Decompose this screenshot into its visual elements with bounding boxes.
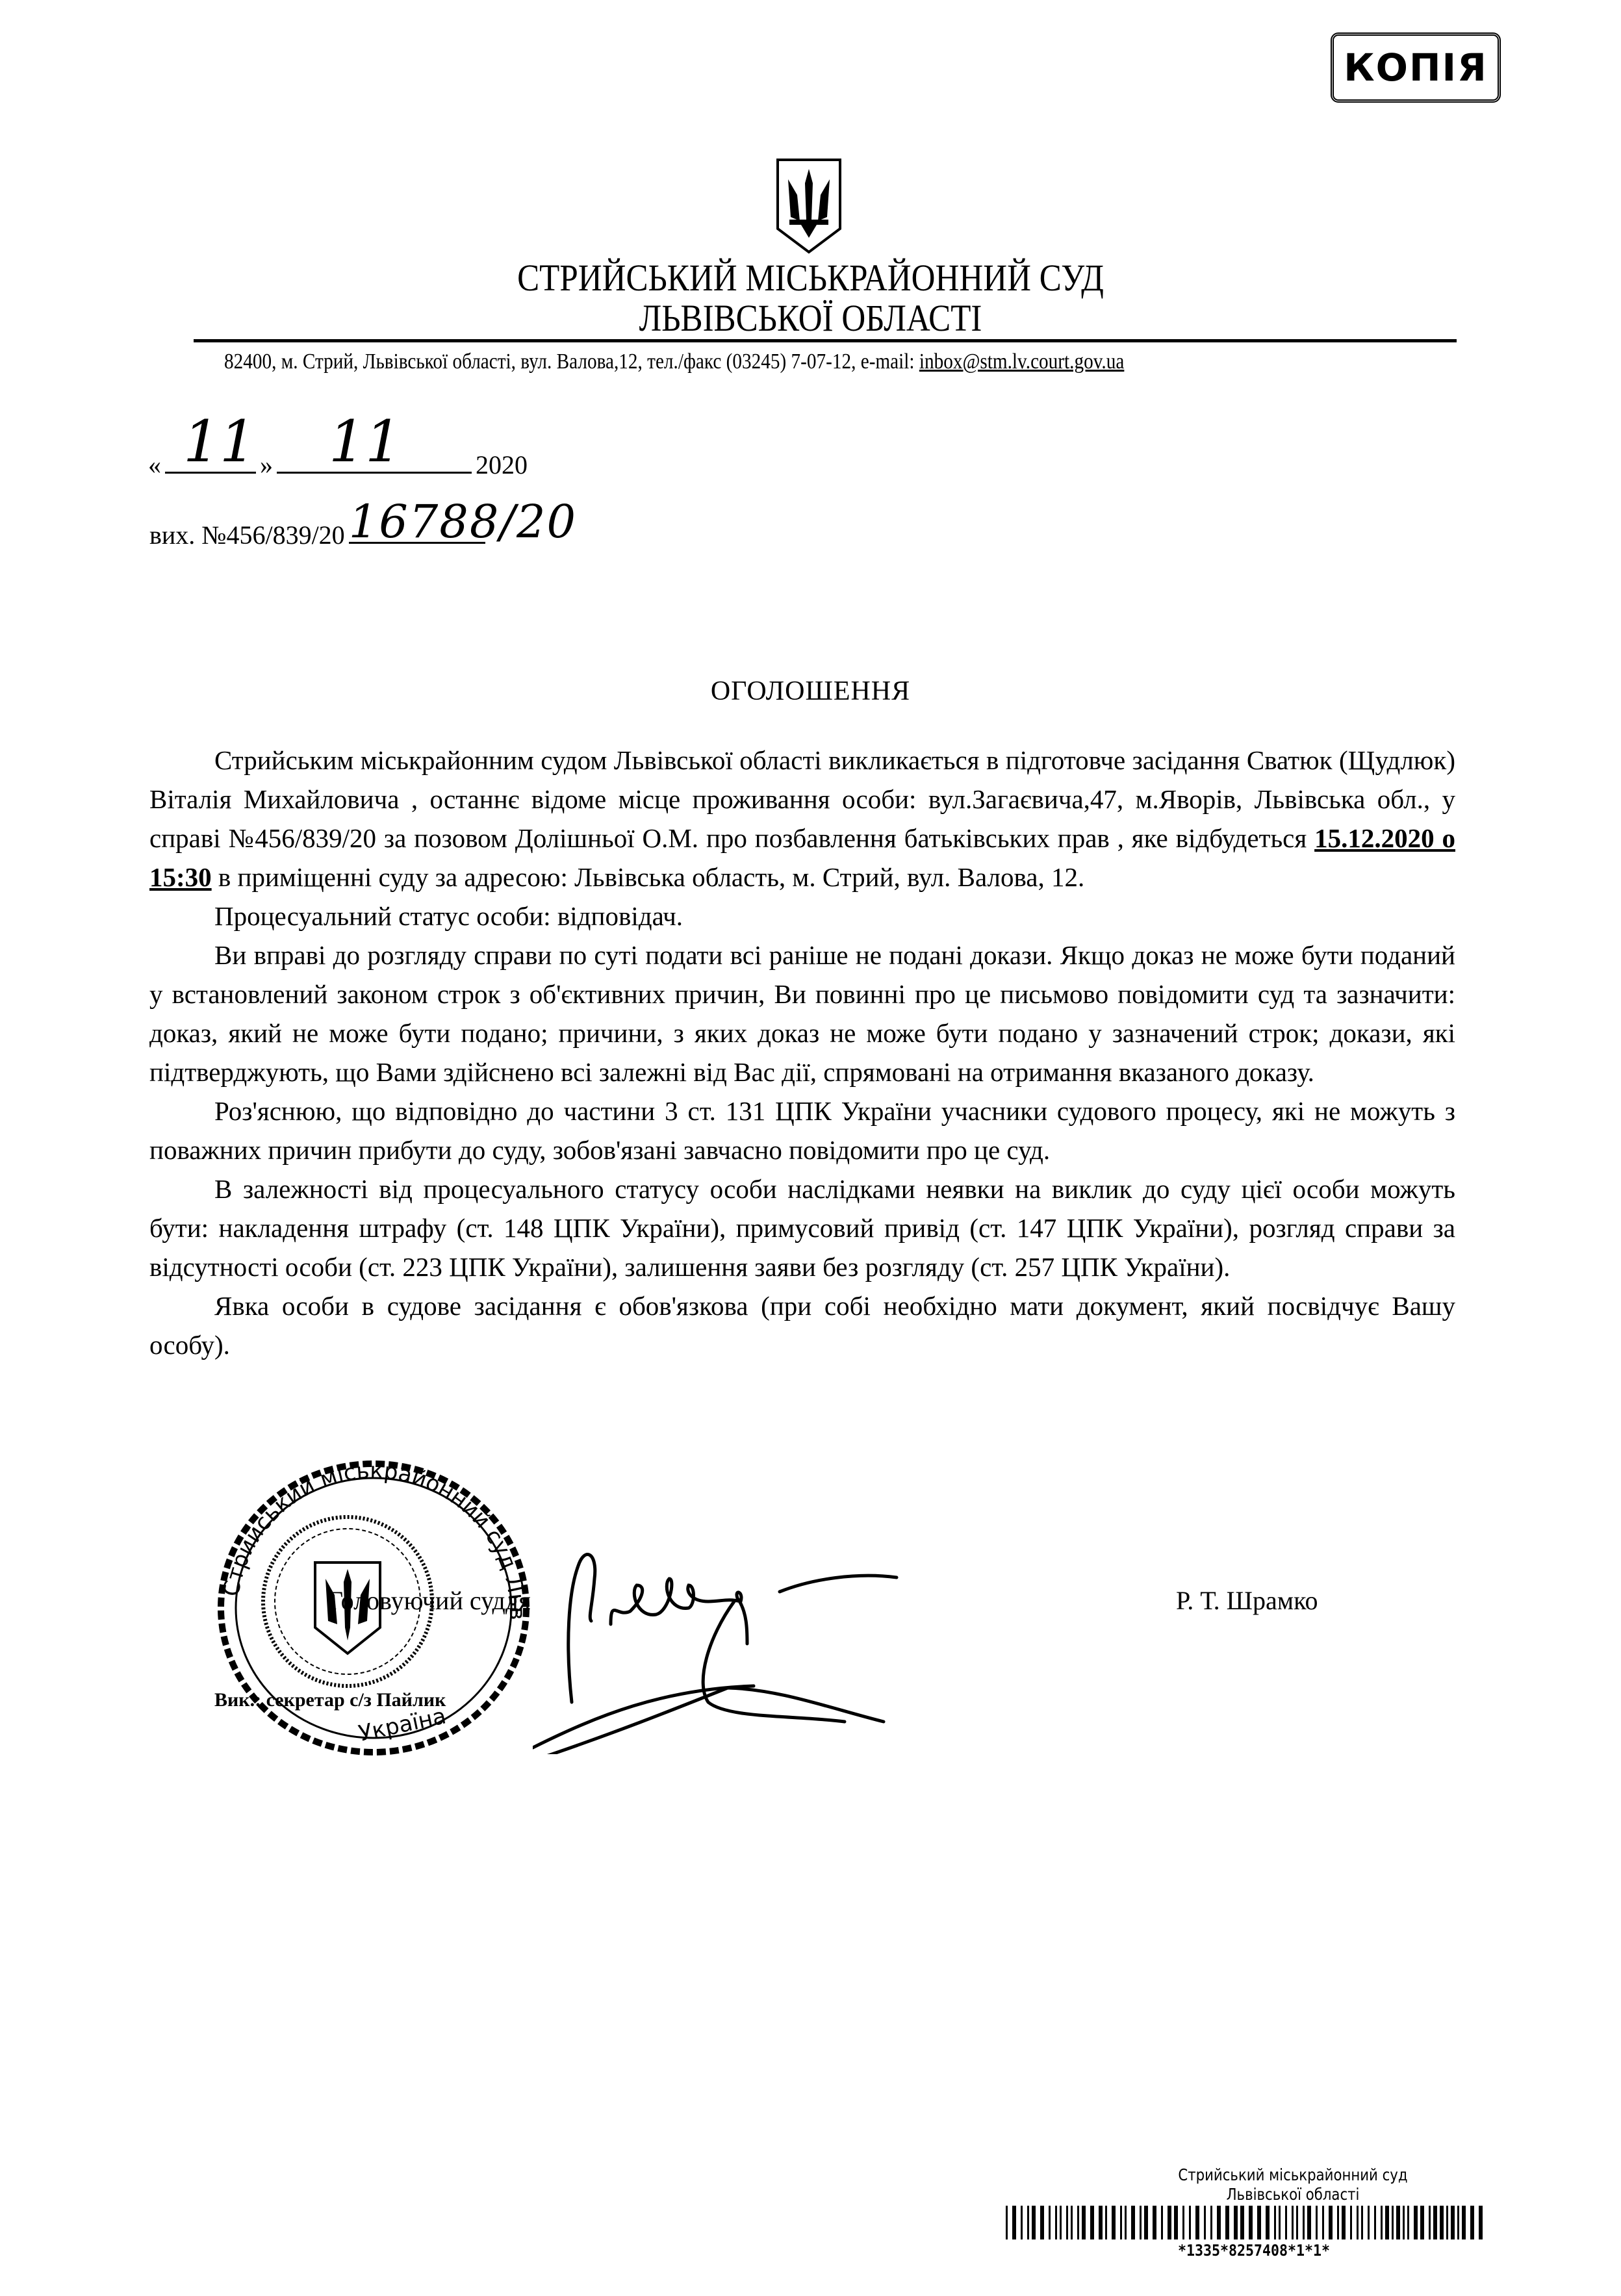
date-day-field: 11 [165,448,256,474]
court-name-line1: СТРИЙСЬКИЙ МІСЬКРАЙОННИЙ СУД [97,257,1524,300]
paragraph-evidence: Ви вправі до розгляду справи по суті под… [149,936,1455,1091]
outgoing-number-field: 16788/20 [349,522,485,544]
handwritten-day: 11 [183,413,256,470]
handwritten-signature-icon [533,1527,1085,1754]
email-link[interactable]: inbox@stm.lv.court.gov.ua [919,350,1125,374]
document-title: ОГОЛОШЕННЯ [0,676,1621,707]
paragraph-summons: Стрийським міськрайонним судом Львівсько… [149,741,1455,897]
date-year: 2020 [476,450,528,479]
barcode-icon [1006,2206,1487,2239]
paragraph-consequences: В залежності від процесуального статусу … [149,1169,1455,1286]
handwritten-month: 11 [329,413,402,470]
paragraph-status: Процесуальний статус особи: відповідач. [149,897,1455,936]
open-quote: « [148,450,161,479]
copy-stamp: КОПІЯ [1331,32,1501,103]
outgoing-label: вих. №456/839/20 [149,520,345,550]
court-name-line2: ЛЬВІВСЬКОЇ ОБЛАСТІ [97,297,1524,340]
handwritten-outgoing-number: 16788/20 [349,499,577,544]
outgoing-number: вих. №456/839/2016788/20 [149,520,485,550]
close-quote: » [260,450,273,479]
barcode-court-label: Стрийський міськрайонний суд Львівської … [1133,2165,1453,2204]
trident-coat-of-arms-icon [775,157,843,255]
copy-stamp-label: КОПІЯ [1344,45,1488,90]
address-text: 82400, м. Стрий, Львівської області, вул… [224,350,919,374]
paragraph-notice-duty: Роз'яснюю, що відповідно до частини 3 ст… [149,1091,1455,1169]
court-address: 82400, м. Стрий, Львівської області, вул… [224,350,1124,374]
barcode-number: *1335*8257408*1*1* [1061,2241,1447,2260]
date-month-field: 11 [277,448,472,474]
header-rule [194,339,1457,342]
secretary-line: Вик.: секретар с/з Пайлик [214,1689,446,1711]
document-date: «11»112020 [148,448,528,480]
signer-name: Р. Т. Шрамко [1176,1585,1318,1616]
paragraph-attendance: Явка особи в судове засідання є обов'язк… [149,1286,1455,1364]
signer-role: Головуючий суддя [328,1585,531,1616]
announcement-body: Стрийським міськрайонним судом Львівсько… [149,741,1455,1364]
